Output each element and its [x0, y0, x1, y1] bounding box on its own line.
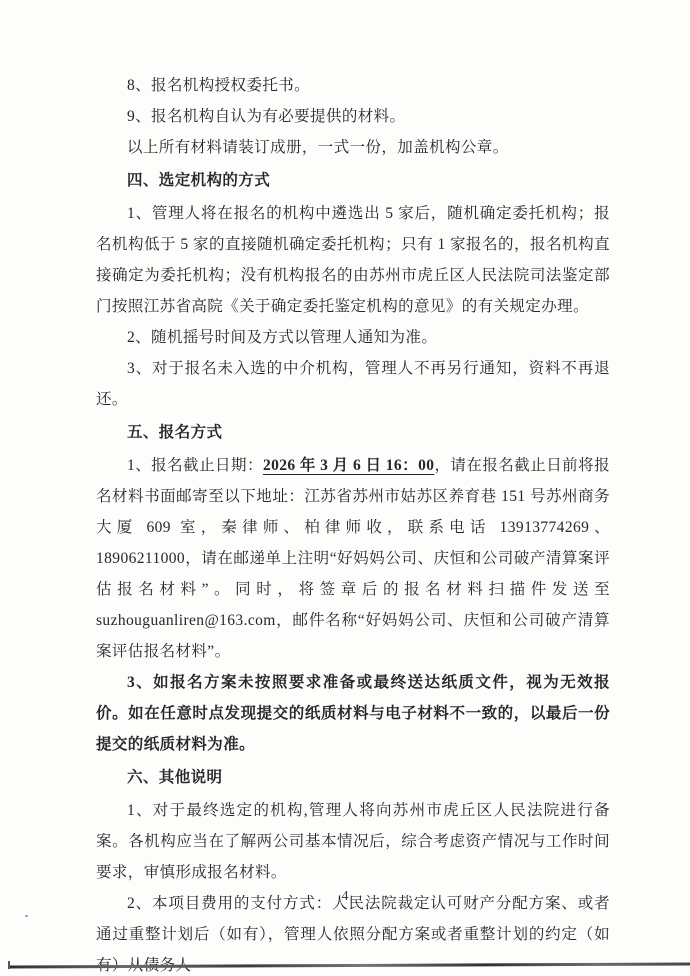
page-number: 4	[0, 889, 690, 905]
scan-artifact-speck	[25, 915, 28, 917]
scanned-document-page: 8、报名机构授权委托书。 9、报名机构自认为有必要提供的材料。 以上所有材料请装…	[0, 0, 690, 976]
section-heading-registration-method: 五、报名方式	[96, 417, 610, 448]
deadline-suffix-text: ，请在报名截止日前将报名材料书面邮寄至以下地址：江苏省苏州市姑苏区养育巷 151…	[96, 457, 610, 660]
deadline-prefix-text: 1、报名截止日期：	[127, 457, 263, 474]
list-item-8: 8、报名机构授权委托书。	[96, 70, 610, 101]
paragraph-invalid-bid-warning: 3、如报名方案未按照要求准备或最终送达纸质文件，视为无效报价。如在任意时点发现提…	[96, 667, 610, 760]
paragraph-unselected-agencies: 3、对于报名未入选的中介机构，管理人不再另行通知，资料不再退还。	[96, 353, 610, 415]
paragraph-selection-rule: 1、管理人将在报名的机构中遴选出 5 家后，随机确定委托机构；报名机构低于 5 …	[96, 198, 610, 322]
paragraph-lottery-notice: 2、随机摇号时间及方式以管理人通知为准。	[96, 322, 610, 353]
paragraph-court-filing: 1、对于最终选定的机构,管理人将向苏州市虎丘区人民法院进行备案。各机构应当在了解…	[96, 795, 610, 888]
deadline-date-underlined: 2026 年 3 月 6 日 16：00	[263, 457, 434, 474]
document-body: 8、报名机构授权委托书。 9、报名机构自认为有必要提供的材料。 以上所有材料请装…	[96, 70, 610, 976]
binding-instruction: 以上所有材料请装订成册，一式一份，加盖机构公章。	[96, 132, 610, 163]
section-heading-other-notes: 六、其他说明	[96, 762, 610, 793]
section-heading-selection-method: 四、选定机构的方式	[96, 165, 610, 196]
list-item-9: 9、报名机构自认为有必要提供的材料。	[96, 101, 610, 132]
scan-edge-tick	[8, 961, 10, 969]
paragraph-registration-deadline: 1、报名截止日期：2026 年 3 月 6 日 16：00，请在报名截止日前将报…	[96, 450, 610, 667]
